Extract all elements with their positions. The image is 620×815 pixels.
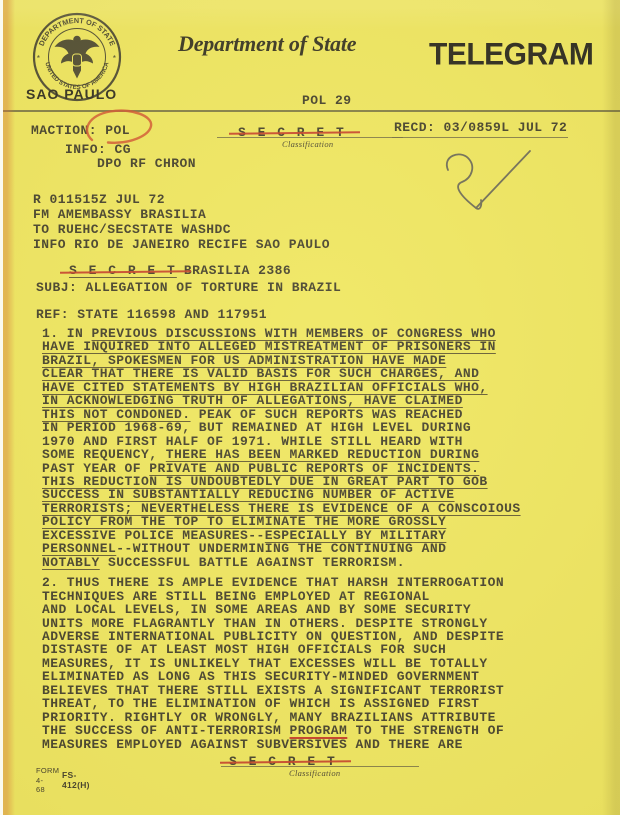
text-segment: MEASURES EMPLOYED AGAINST SUBVERSIVES AN… bbox=[42, 737, 463, 752]
classification-caption: Classification bbox=[282, 139, 333, 149]
telegram-body-line: POLICY FROM THE TOP TO ELIMINATE THE MOR… bbox=[42, 515, 582, 528]
telegram-body-line: NOTABLY SUCCESSFUL BATTLE AGAINST TERROR… bbox=[42, 556, 582, 569]
seal-eagle-icon bbox=[55, 36, 100, 79]
telegram-body-line: THIS REDUCTION IS UNDOUBTEDLY DUE IN GRE… bbox=[42, 475, 582, 488]
telegram-paragraph: 1. IN PREVIOUS DISCUSSIONS WITH MEMBERS … bbox=[42, 327, 582, 569]
telegram-body-line: PAST YEAR OF PRIVATE AND PUBLIC REPORTS … bbox=[42, 462, 582, 475]
telegram-brand: TELEGRAM bbox=[429, 37, 593, 72]
info-line-2: DPO RF CHRON bbox=[97, 157, 196, 170]
telegram-body-line: IN ACKNOWLEDGING TRUTH OF ALLEGATIONS, H… bbox=[42, 394, 582, 407]
telegram-body-line: THE SUCCESS OF ANTI-TERRORISM PROGRAM TO… bbox=[42, 724, 582, 737]
telegram-body-line: IN PERIOD 1968-69, BUT REMAINED AT HIGH … bbox=[42, 421, 582, 434]
telegram-body-line: UNITS MORE FLAGRANTLY THAN IN OTHERS. DE… bbox=[42, 617, 582, 630]
telegram-body-line: MEASURES, IT IS UNLIKELY THAT EXCESSES W… bbox=[42, 657, 582, 670]
telegram-body-line: BRAZIL, SPOKESMEN FOR US ADMINISTRATION … bbox=[42, 354, 582, 367]
form-label: FORM bbox=[36, 766, 59, 775]
masthead-title: Department of State bbox=[178, 31, 356, 57]
text-segment: NOTABLY bbox=[42, 555, 100, 570]
classification-underline bbox=[217, 137, 403, 138]
seal-star-right: * bbox=[112, 55, 117, 64]
telegram-body: 1. IN PREVIOUS DISCUSSIONS WITH MEMBERS … bbox=[42, 327, 582, 758]
telegram-body-line: CLEAR THAT THERE IS VALID BASIS FOR SUCH… bbox=[42, 367, 582, 380]
telegram-body-line: MEASURES EMPLOYED AGAINST SUBVERSIVES AN… bbox=[42, 738, 582, 751]
telegram-body-line: THREAT, TO THE ELIMINATION OF WHICH IS A… bbox=[42, 697, 582, 710]
to-line: TO RUEHC/SECSTATE WASHDC bbox=[33, 223, 231, 236]
origin-number: BRASILIA 2386 bbox=[184, 263, 291, 278]
subject-line: SUBJ: ALLEGATION OF TORTURE IN BRAZIL bbox=[36, 281, 341, 294]
reference-line: REF: STATE 116598 AND 117951 bbox=[36, 308, 267, 321]
seal-star-left: * bbox=[36, 55, 41, 64]
recd-underline bbox=[392, 137, 568, 138]
from-line: FM AMEMBASSY BRASILIA bbox=[33, 208, 206, 221]
telegram-page: DEPARTMENT OF STATE UNITED STATES OF AME… bbox=[0, 0, 620, 815]
handwritten-initials bbox=[438, 148, 538, 223]
telegram-body-line: BELIEVES THAT THERE STILL EXISTS A SIGNI… bbox=[42, 684, 582, 697]
telegram-body-line: 2. THUS THERE IS AMPLE EVIDENCE THAT HAR… bbox=[42, 576, 582, 589]
form-number: FS-412(H) bbox=[62, 770, 90, 790]
footer-classification-caption: Classification bbox=[289, 768, 340, 778]
telegram-paragraph: 2. THUS THERE IS AMPLE EVIDENCE THAT HAR… bbox=[42, 576, 582, 751]
info-addressees-line: INFO RIO DE JANEIRO RECIFE SAO PAULO bbox=[33, 238, 330, 251]
doc-number: POL 29 bbox=[302, 94, 352, 107]
telegram-body-line: PERSONNEL--WITHOUT UNDERMINING THE CONTI… bbox=[42, 542, 582, 555]
footer-classification-underline bbox=[221, 766, 419, 767]
telegram-body-line: TECHNIQUES ARE STILL BEING EMPLOYED AT R… bbox=[42, 590, 582, 603]
telegram-body-line: SOME REQUENCY, THERE HAS BEEN MARKED RED… bbox=[42, 448, 582, 461]
telegram-body-line: EXCESSIVE POLICE MEASURES--ESPECIALLY BY… bbox=[42, 529, 582, 542]
info-line: INFO: CG bbox=[65, 143, 131, 156]
telegram-body-line: AND LOCAL LEVELS, IN SOME AREAS AND BY S… bbox=[42, 603, 582, 616]
telegram-body-line: ADVERSE INTERNATIONAL PUBLICITY ON QUEST… bbox=[42, 630, 582, 643]
telegram-body-line: 1. IN PREVIOUS DISCUSSIONS WITH MEMBERS … bbox=[42, 327, 582, 340]
telegram-body-line: PRIORITY. RIGHTLY OR WRONGLY, MANY BRAZI… bbox=[42, 711, 582, 724]
telegram-body-line: DISTASTE OF AT LEAST MOST HIGH OFFICIALS… bbox=[42, 643, 582, 656]
telegram-body-line: THIS NOT CONDONED. PEAK OF SUCH REPORTS … bbox=[42, 408, 582, 421]
dtg-line: R 011515Z JUL 72 bbox=[33, 193, 165, 206]
post-stamp: SAO PAULO bbox=[26, 86, 117, 102]
text-segment: SUCCESSFUL BATTLE AGAINST TERRORISM. bbox=[100, 555, 405, 570]
telegram-body-line: HAVE CITED STATEMENTS BY HIGH BRAZILIAN … bbox=[42, 381, 582, 394]
telegram-body-line: TERRORISTS; NEVERTHELESS THERE IS EVIDEN… bbox=[42, 502, 582, 515]
telegram-body-line: HAVE INQUIRED INTO ALLEGED MISTREATMENT … bbox=[42, 340, 582, 353]
recd-line: RECD: 03/0859L JUL 72 bbox=[394, 121, 567, 134]
telegram-body-line: 1970 AND FIRST HALF OF 1971. WHILE STILL… bbox=[42, 435, 582, 448]
telegram-body-line: ELIMINATED AS LONG AS THIS SECURITY-MIND… bbox=[42, 670, 582, 683]
form-date: 4-68 bbox=[36, 776, 45, 794]
telegram-body-line: SUCCESS IN SUBSTANTIALLY REDUCING NUMBER… bbox=[42, 488, 582, 501]
message-classification-word: S E C R E T bbox=[69, 264, 177, 277]
classification-block-bottom: S E C R E T Classification bbox=[0, 0, 108, 18]
